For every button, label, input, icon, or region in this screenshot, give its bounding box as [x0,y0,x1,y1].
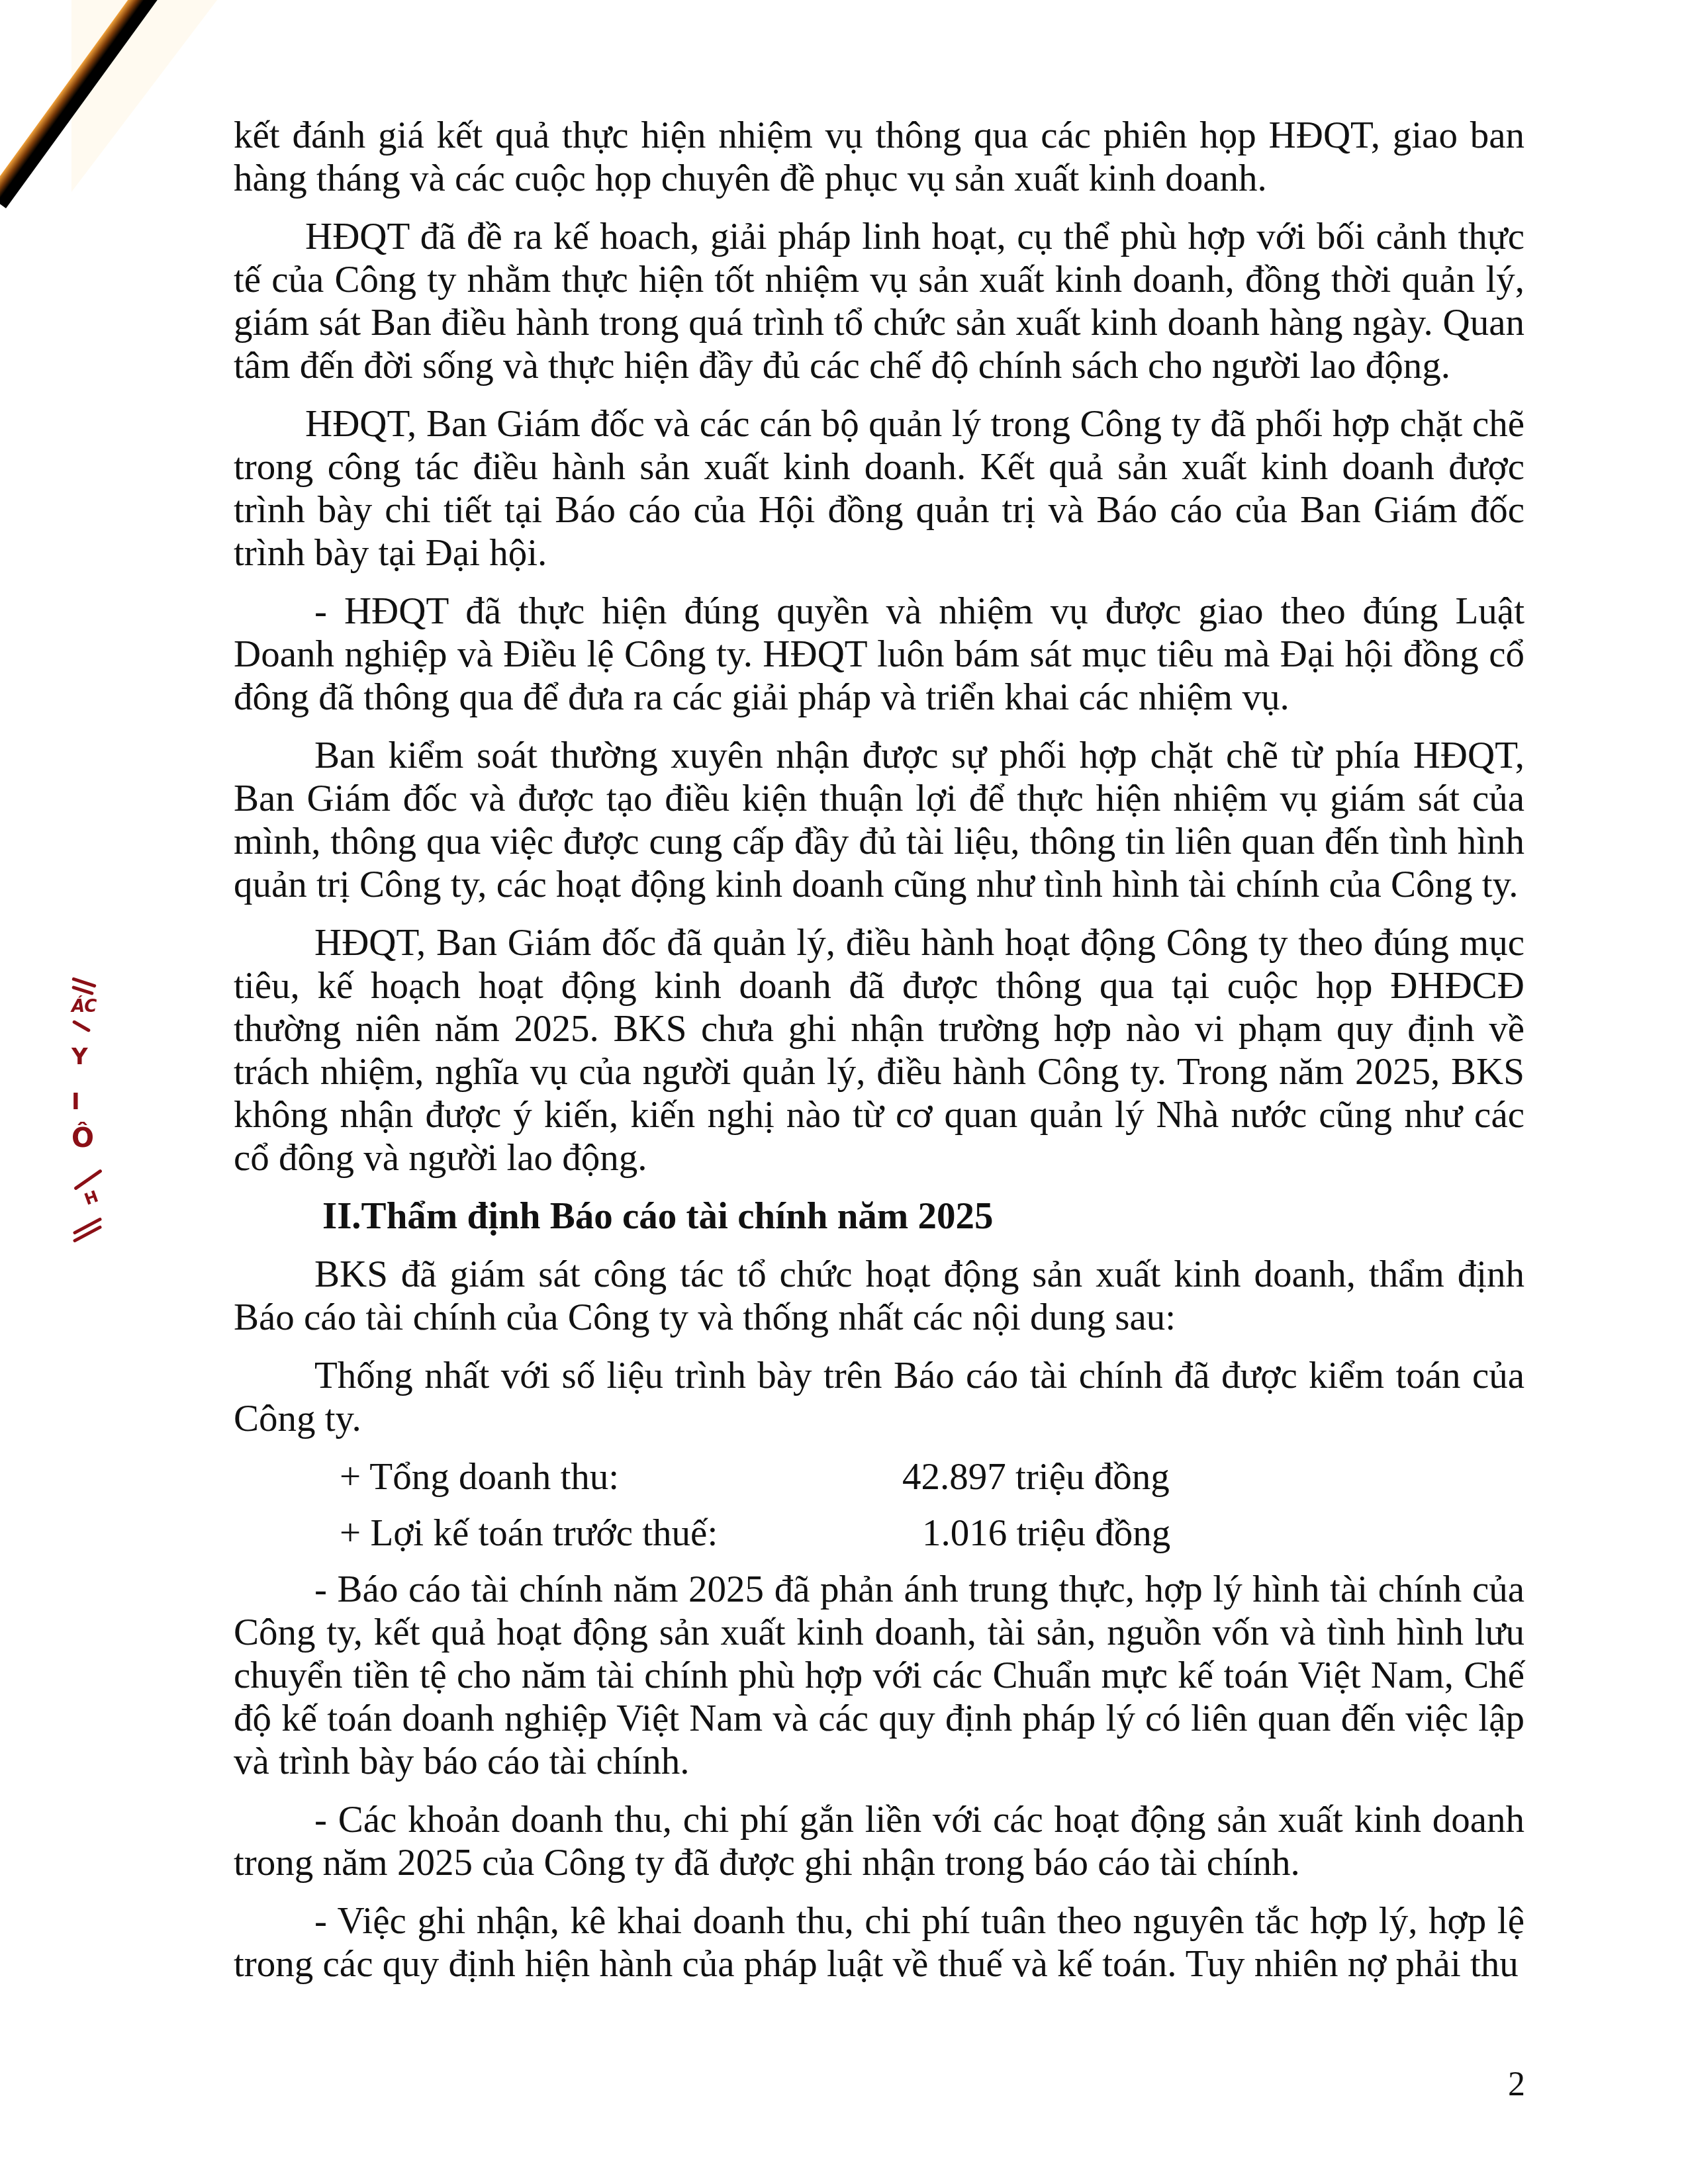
seal-glyph: I [71,1091,80,1113]
figure-value: 1.016 triệu đồng [902,1512,1170,1555]
section-heading: II.Thẩm định Báo cáo tài chính năm 2025 [234,1195,1524,1238]
seal-glyph: ÁC [71,998,97,1015]
seal-glyph: Y [71,1046,88,1068]
figure-profit-before-tax: + Lợi kế toán trước thuế: 1.016 triệu đồ… [234,1512,1524,1555]
paragraph-bks-review: BKS đã giám sát công tác tổ chức hoạt độ… [234,1253,1524,1339]
paragraph-agreement: Thống nhất với số liệu trình bày trên Bá… [234,1354,1524,1440]
document-body: kết đánh giá kết quả thực hiện nhiệm vụ … [234,114,1524,2001]
seal-glyph: H [83,1188,101,1207]
seal-stroke [72,1020,91,1032]
figure-value: 42.897 triệu đồng [902,1455,1170,1498]
paragraph-revenue-costs: - Các khoản doanh thu, chi phí gắn liền … [234,1798,1524,1884]
paragraph-coordination: HĐQT, Ban Giám đốc và các cán bộ quản lý… [234,402,1524,574]
figure-label: + Lợi kế toán trước thuế: [234,1512,902,1555]
figure-total-revenue: + Tổng doanh thu: 42.897 triệu đồng [234,1455,1524,1498]
paragraph-supervisory-board: Ban kiểm soát thường xuyên nhận được sự … [234,734,1524,906]
page-number: 2 [1508,2065,1525,2104]
figure-label: + Tổng doanh thu: [234,1455,902,1498]
paragraph-hdqt-duties: - HĐQT đã thực hiện đúng quyền và nhiệm … [234,590,1524,719]
paragraph-hdqt-plans: HĐQT đã đề ra kế hoach, giải pháp linh h… [234,215,1524,387]
paragraph-management-compliance: HĐQT, Ban Giám đốc đã quản lý, điều hành… [234,921,1524,1179]
folded-corner-paper [71,0,217,192]
red-seal-fragment: ÁC Y I Ô H [71,979,151,1271]
document-page: ÁC Y I Ô H kết đánh giá kết quả thực hiệ… [0,0,1688,2184]
seal-stroke [73,1169,103,1191]
paragraph-continuation: kết đánh giá kết quả thực hiện nhiệm vụ … [234,114,1524,200]
paragraph-fs-fairness: - Báo cáo tài chính năm 2025 đã phản ánh… [234,1568,1524,1783]
paragraph-recognition: - Việc ghi nhận, kê khai doanh thu, chi … [234,1899,1524,1985]
seal-glyph: Ô [71,1125,94,1152]
seal-stroke [71,985,94,995]
